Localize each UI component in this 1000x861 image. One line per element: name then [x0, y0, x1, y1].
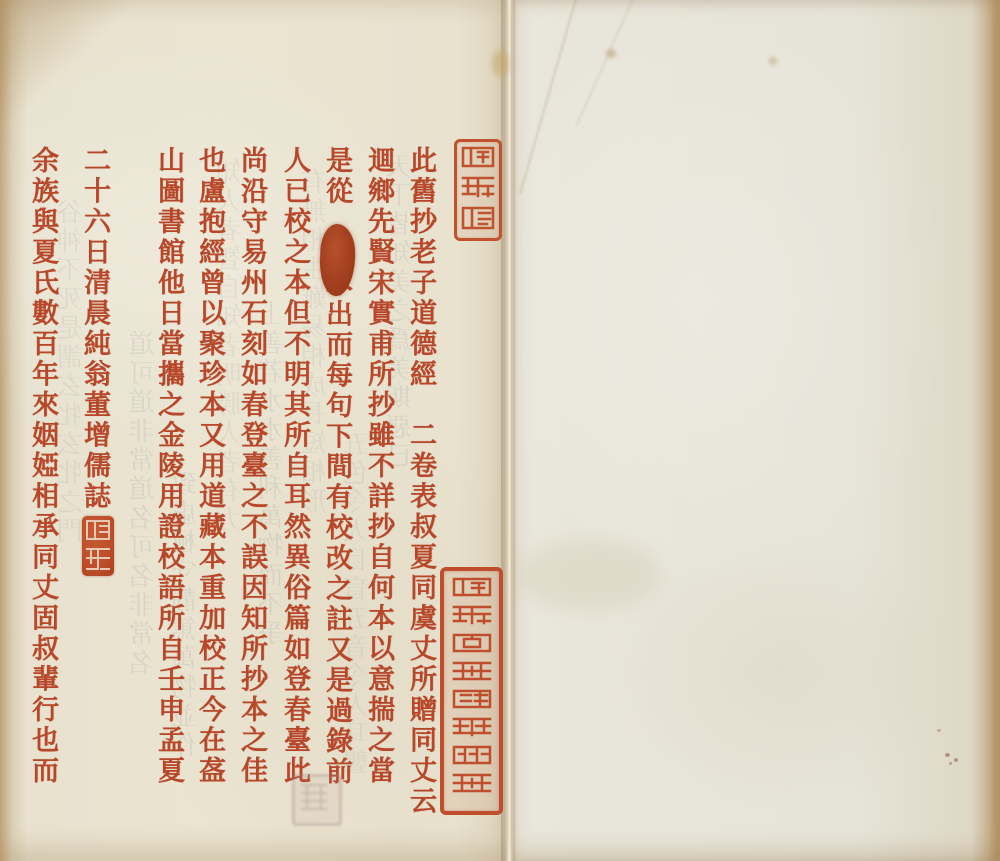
text-column-6: 也盧抱經曾以聚珍本又用道藏本重加校正今在盋 — [191, 146, 228, 787]
text-column-1: 此舊抄老子道德經 二卷表叔夏同虞丈所贈同丈云 — [402, 146, 439, 817]
seal-script-glyphs — [444, 571, 499, 811]
center-fold-crease — [501, 0, 517, 861]
seal-script-glyphs — [82, 516, 114, 576]
foxing-spot — [945, 753, 950, 757]
foxing-spot — [954, 758, 958, 762]
stain — [492, 50, 509, 77]
collector-seal — [440, 567, 503, 815]
text-column-5: 尚沿守易州石刻如春登臺之不誤因知所抄本之佳 — [233, 146, 270, 787]
ghost-seal-impression — [292, 774, 342, 826]
text-column-2: 逥鄉先賢宋實甫所抄雖不詳抄自何本以意揣之當 — [360, 146, 397, 787]
seal-script-glyphs — [295, 777, 333, 817]
text-column-7: 山圖書館他日當攜之金陵用證校語所自壬申孟夏 — [150, 146, 187, 787]
seal-script-glyphs — [457, 142, 499, 238]
text-column-signature: 二十六日清晨純翁董增儒誌 — [76, 146, 113, 512]
text-column-4: 人已校之本但不明其所自耳然異俗篇如登春臺此 — [276, 146, 313, 787]
paper-discoloration — [520, 540, 660, 610]
foxing-spot — [949, 762, 952, 765]
studio-seal — [454, 139, 502, 241]
corner-shadow — [0, 0, 130, 120]
column-3-before-blot: 是從 — [321, 146, 352, 207]
manuscript-scan: 天下皆知美之爲美斯惡已 有無相生難易相成長短相形 上善若水水善利萬物而不爭 知人… — [0, 0, 1000, 861]
column-3-after-blot: 本出而每句下間有校改之註又是過錄前 — [321, 269, 352, 788]
signature-seal — [82, 516, 114, 576]
stain — [769, 57, 777, 65]
text-column-9: 余族與夏氏數百年來姻婭相承同丈固叔輩行也而 — [24, 146, 61, 787]
stain — [606, 49, 616, 58]
foxing-spot — [937, 729, 941, 732]
right-page-leaf — [512, 0, 1000, 861]
